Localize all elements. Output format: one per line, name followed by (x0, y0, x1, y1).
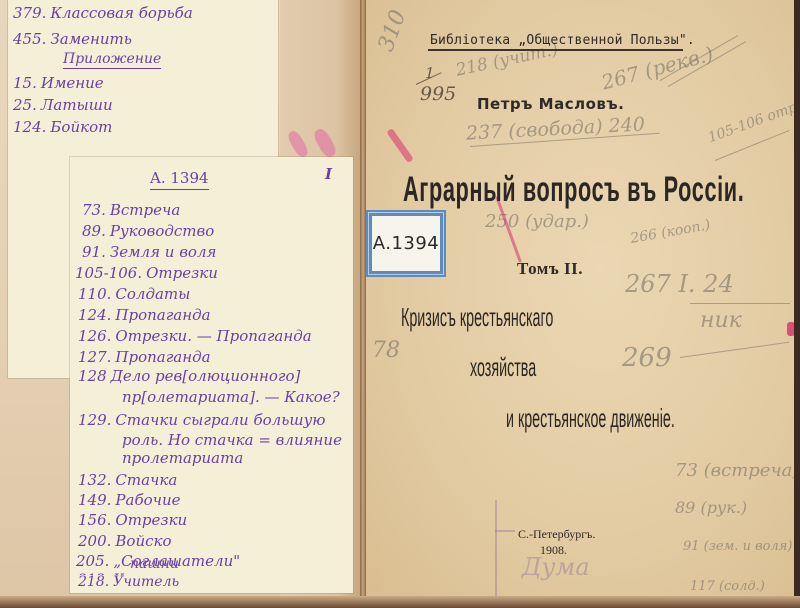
pencil-note: 250 (удар.) (485, 213, 589, 231)
publication-city: С.-Петербургъ. (518, 527, 595, 542)
pencil-note: 117 (солд.) (690, 580, 765, 593)
card-entry: 128Дело рев[олюционного] (78, 369, 300, 384)
card-entry: 132.Стачка (78, 473, 177, 488)
index-card-main: A. 1394 I 73.Встреча 89.Руководство 91.З… (70, 157, 353, 593)
page-edge (794, 0, 800, 608)
bracket-mark (495, 530, 515, 532)
card-entry: 126.Отрезки. — Пропаганда (78, 329, 312, 344)
card-entry: 110.Солдаты (78, 287, 190, 302)
card-entry: 379.Классовая борьба (13, 6, 193, 21)
pencil-note: 269 (622, 345, 672, 371)
card-entry: 124.Пропаганда (78, 308, 211, 323)
subtitle-line-3: и крестьянское движенiе. (506, 403, 675, 434)
roman-numeral: I (325, 167, 332, 182)
card-entry: 25.Латыши (13, 98, 113, 113)
card-entry: 124.Бойкот (13, 120, 112, 135)
pencil-note: 78 (372, 340, 400, 362)
series-name: Библiотека „Общественной Пользы". (430, 33, 695, 48)
pencil-note: Дума (522, 555, 590, 579)
card-entry-continuation: роль. Но стачка = влияние (122, 433, 342, 448)
card-entry: 105-106.Отрезки (75, 266, 218, 281)
card-entry: 89.Руководство (82, 224, 214, 239)
publication-year: 1908. (540, 543, 567, 558)
card-entry-continuation: пр[олетариата]. — Какое? (122, 390, 340, 405)
card-entry: 73.Встреча (82, 203, 180, 218)
card-entry: 218.Учитель (78, 575, 348, 593)
card-entry: 156.Отрезки (78, 513, 187, 528)
page-bottom-edge (0, 596, 800, 608)
card-entry: 15.Имение (13, 76, 104, 91)
book-title: Аграрный вопросъ въ Россiи. (403, 170, 744, 210)
card-entry-continuation: пролетариата (122, 451, 243, 466)
pencil-note: 73 (встреча) (675, 462, 799, 480)
pencil-note: 89 (рук.) (675, 500, 747, 516)
section-heading: Приложение (63, 52, 161, 69)
stamp-shelfmark: A.1394 (373, 233, 440, 254)
library-stamp: A.1394 (366, 210, 446, 277)
card-entry: 127.Пропаганда (78, 350, 211, 365)
shelfmark: A. 1394 (150, 171, 209, 190)
pencil-note: ник (700, 310, 742, 332)
card-entry: 129.Стачки сыграли большую (78, 413, 326, 428)
subtitle-line-2: хозяйства (470, 352, 536, 383)
pencil-note: 91 (зем. и воля) (683, 540, 792, 553)
series-rule (428, 49, 683, 51)
subtitle-line-1: Кризисъ крестьянскаго (401, 302, 553, 333)
inventory-number: 995 (420, 85, 456, 104)
card-entry: 149.Рабочие (78, 493, 181, 508)
bracket-mark (495, 500, 497, 600)
card-entry-continuation: пашни (130, 557, 179, 571)
volume-number: Томъ II. (517, 259, 583, 279)
pencil-line (690, 303, 790, 304)
author: Петръ Масловъ. (477, 95, 624, 113)
card-entry: 200.Войско (78, 534, 172, 549)
card-entry: 91.Земля и воля (82, 245, 216, 260)
card-entry: 455.Заменить (13, 32, 132, 47)
pencil-note: 267 I. 24 (625, 272, 734, 296)
